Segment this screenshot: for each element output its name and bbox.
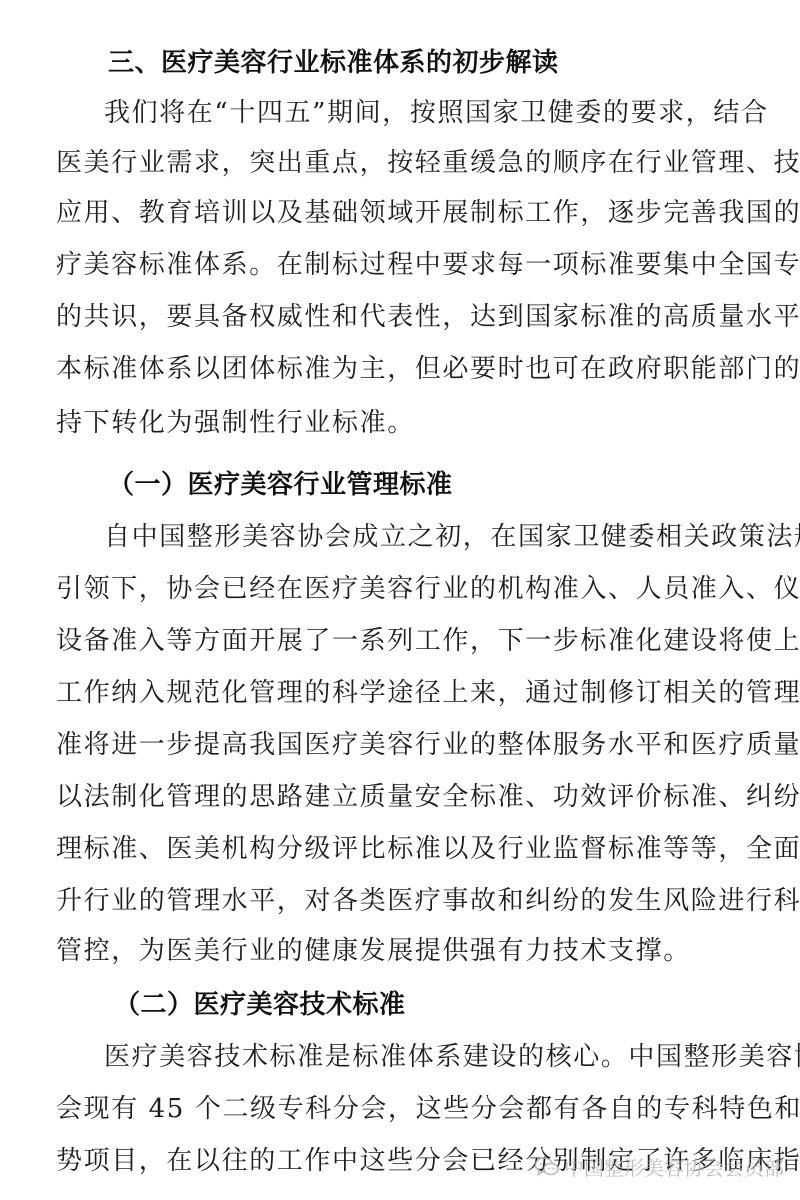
wechat-icon [534,1156,560,1178]
section-heading: 三、医疗美容行业标准体系的初步解读 [108,48,559,78]
paragraph-line: 应用、教育培训以及基础领域开展制标工作，逐步完善我国的医 [56,198,746,228]
paragraph-line: 设备准入等方面开展了一系列工作，下一步标准化建设将使上述 [56,626,746,656]
paragraph-line: 的共识，要具备权威性和代表性，达到国家标准的高质量水平。 [56,302,746,332]
paragraph-line: 自中国整形美容协会成立之初，在国家卫健委相关政策法规 [104,522,746,552]
paragraph-line: 持下转化为强制性行业标准。 [56,408,746,438]
paragraph-line: 医美行业需求，突出重点，按轻重缓急的顺序在行业管理、技术 [56,148,746,178]
paragraph-line: 工作纳入规范化管理的科学途径上来，通过制修订相关的管理标 [56,678,746,708]
subsection-heading-management: （一）医疗美容行业管理标准 [108,470,453,500]
document-page: 三、医疗美容行业标准体系的初步解读 我们将在“十四五”期间，按照国家卫健委的要求… [0,0,800,1200]
paragraph-line: 管控，为医美行业的健康发展提供强有力技术支撑。 [56,936,746,966]
paragraph-line: 升行业的管理水平，对各类医疗事故和纠纷的发生风险进行科学 [56,886,746,916]
paragraph-line: 本标准体系以团体标准为主，但必要时也可在政府职能部门的支 [56,354,746,384]
paragraph-line: 引领下，协会已经在医疗美容行业的机构准入、人员准入、仪器 [56,574,746,604]
paragraph-line: 医疗美容技术标准是标准体系建设的核心。中国整形美容协 [104,1042,746,1072]
paragraph-line: 疗美容标准体系。在制标过程中要求每一项标准要集中全国专家 [56,250,746,280]
paragraph-line: 理标准、医美机构分级评比标准以及行业监督标准等等，全面提 [56,834,746,864]
watermark: 中国整形美容协会会员部 [534,1152,784,1181]
paragraph-line: 准将进一步提高我国医疗美容行业的整体服务水平和医疗质量， [56,730,746,760]
paragraph-line: 以法制化管理的思路建立质量安全标准、功效评价标准、纠纷处 [56,782,746,812]
paragraph-line: 我们将在“十四五”期间，按照国家卫健委的要求，结合 [104,98,746,128]
watermark-text: 中国整形美容协会会员部 [564,1152,784,1181]
subsection-heading-technical: （二）医疗美容技术标准 [114,990,406,1020]
paragraph-line: 会现有 45 个二级专科分会，这些分会都有各自的专科特色和优 [56,1094,746,1124]
